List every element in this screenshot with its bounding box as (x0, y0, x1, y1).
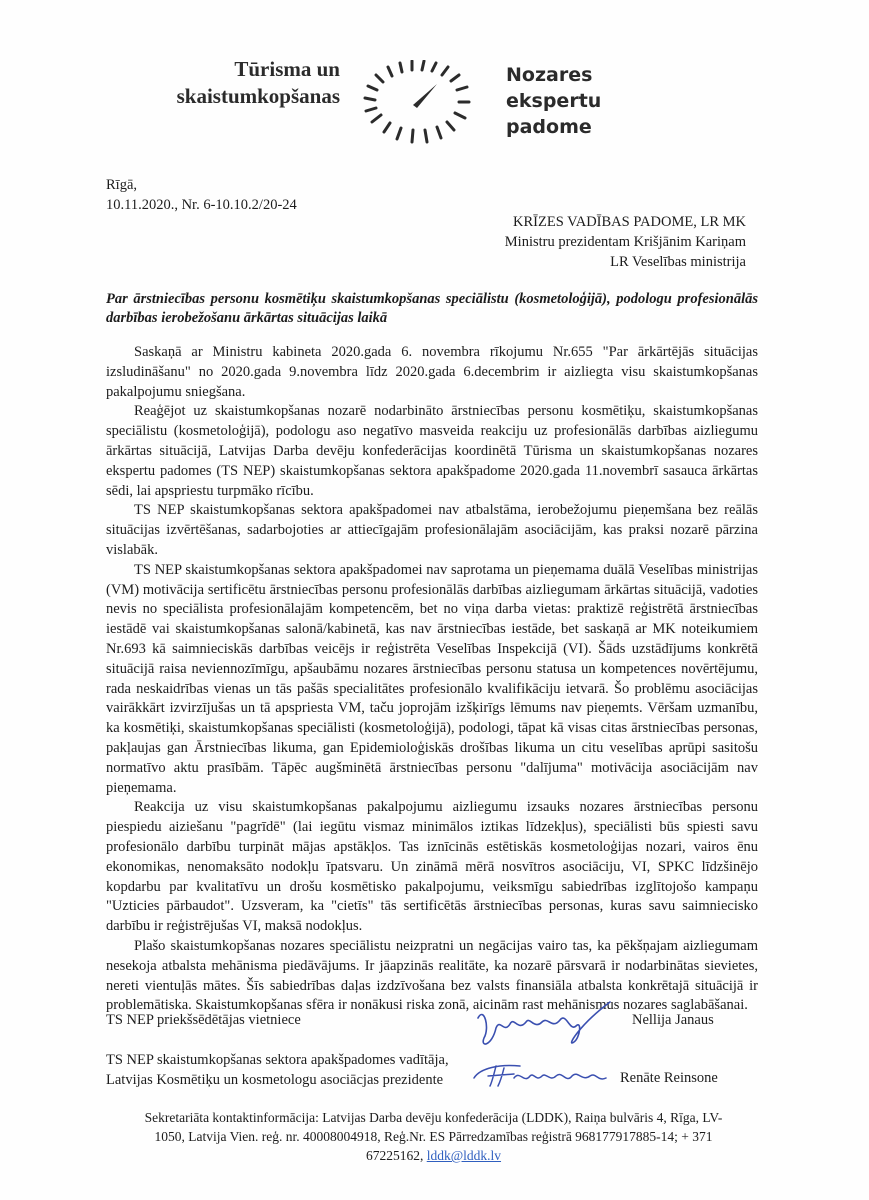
signer1-role: TS NEP priekšsēdētājas vietniece (106, 1012, 301, 1029)
letterhead-right: Nozares ekspertu padome (506, 62, 601, 140)
letterhead-right-line3: padome (506, 114, 601, 140)
letterhead-left-line1: Tūrisma un (150, 56, 340, 83)
addressee-line1: KRĪZES VADĪBAS PADOME, LR MK (505, 212, 746, 232)
signer2-role-line1: TS NEP skaistumkopšanas sektora apakšpad… (106, 1050, 449, 1070)
letterhead-right-line1: Nozares (506, 62, 601, 88)
signer1-name: Nellija Janaus (632, 1012, 714, 1029)
body-paragraph: Saskaņā ar Ministru kabineta 2020.gada 6… (106, 343, 758, 402)
document-page: Tūrisma un skaistumkopšanas (0, 0, 869, 1200)
handwritten-signature-icon (470, 998, 630, 1058)
addressee-line2: Ministru prezidentam Krišjānim Kariņam (505, 232, 746, 252)
signer2-role-line2: Latvijas Kosmētiķu un kosmetologu asociā… (106, 1070, 449, 1090)
letterhead-left-line2: skaistumkopšanas (150, 83, 340, 110)
footer-line3: 67225162, lddk@lddk.lv (106, 1146, 761, 1165)
letter-meta: Rīgā, 10.11.2020., Nr. 6-10.10.2/20-24 (106, 175, 297, 215)
letter-subject: Par ārstniecības personu kosmētiķu skais… (106, 290, 758, 328)
footer-phone: 67225162, (366, 1148, 427, 1163)
letter-place: Rīgā, (106, 175, 297, 195)
letterhead-right-line2: ekspertu (506, 88, 601, 114)
footer-contact-info: Sekretariāta kontaktinformācija: Latvija… (106, 1108, 761, 1165)
addressee-block: KRĪZES VADĪBAS PADOME, LR MK Ministru pr… (505, 212, 746, 272)
body-paragraph: Reaģējot uz skaistumkopšanas nozarē noda… (106, 402, 758, 501)
letter-body: Saskaņā ar Ministru kabineta 2020.gada 6… (106, 343, 758, 1016)
handwritten-signature-icon (470, 1056, 615, 1090)
signer2-role: TS NEP skaistumkopšanas sektora apakšpad… (106, 1050, 449, 1090)
letterhead-left: Tūrisma un skaistumkopšanas (150, 56, 340, 110)
footer-line2: 1050, Latvija Vien. reģ. nr. 40008004918… (106, 1127, 761, 1146)
tools-circle-logo-icon (355, 60, 490, 145)
body-paragraph: TS NEP skaistumkopšanas sektora apakšpad… (106, 501, 758, 560)
body-paragraph: TS NEP skaistumkopšanas sektora apakšpad… (106, 561, 758, 799)
addressee-line3: LR Veselības ministrija (505, 252, 746, 272)
body-paragraph: Plašo skaistumkopšanas nozares speciālis… (106, 937, 758, 1016)
letter-date-reference: 10.11.2020., Nr. 6-10.10.2/20-24 (106, 195, 297, 215)
footer-line1: Sekretariāta kontaktinformācija: Latvija… (106, 1108, 761, 1127)
footer-email-link[interactable]: lddk@lddk.lv (427, 1148, 501, 1163)
body-paragraph: Reakcija uz visu skaistumkopšanas pakalp… (106, 798, 758, 937)
signer2-name: Renāte Reinsone (620, 1070, 718, 1087)
